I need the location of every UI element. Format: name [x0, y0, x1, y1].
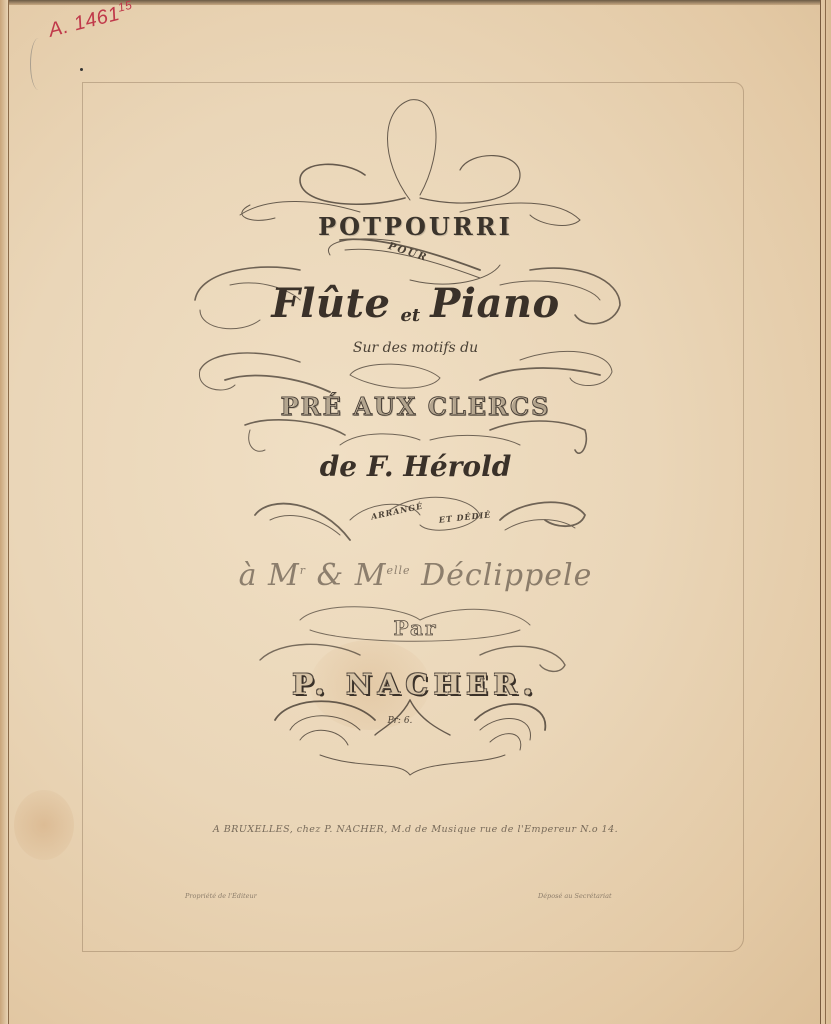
dedication-line: à Mr & Melle Déclippele — [0, 558, 831, 593]
dedication-mid: & M — [306, 558, 387, 593]
par-label: Par — [0, 616, 831, 640]
imprint-right: Déposé au Secrétariat — [538, 892, 638, 900]
composer-line: de F. Hérold — [0, 450, 831, 483]
price-label: Pr: 6. — [380, 716, 420, 726]
instrumentation: FlûteetPiano — [0, 280, 831, 327]
publisher-imprint: A BRUXELLES, chez P. NACHER, M.d de Musi… — [0, 824, 831, 835]
instrument-piano: Piano — [430, 280, 559, 327]
motifs-line: Sur des motifs du — [0, 340, 831, 356]
title-page: A. 146115 — [0, 0, 831, 1024]
title: POTPOURRI — [0, 212, 831, 241]
dedication-superscript: elle — [386, 564, 410, 577]
dedication-prefix: à M — [239, 558, 300, 593]
imprint-left: Propriété de l'Éditeur — [185, 892, 285, 900]
arranger-name: P. NACHER. — [0, 668, 831, 701]
opera-title: PRÉ AUX CLERCS — [0, 392, 831, 421]
conjunction-et: et — [400, 305, 420, 326]
dedicatee-name: Déclippele — [411, 558, 593, 593]
instrument-flute: Flûte — [271, 280, 390, 327]
